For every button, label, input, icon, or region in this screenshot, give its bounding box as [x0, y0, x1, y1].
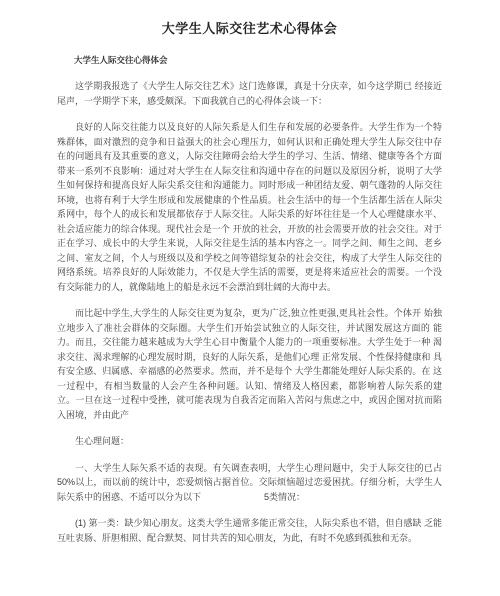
paragraph-intro: 这学期我报选了《大学生人际交往艺术》这门选修课，真是十分庆幸，如今这学期已 经接…: [57, 79, 442, 108]
paragraph-section-one: 一、大学生人际矢系不适的表现。有矢调查表明，大学生心理问题中，尖于人际交往的已占…: [57, 461, 442, 505]
paragraph-type-one: (1) 第一类：缺少知心朋友。这类大学生通常多能正常交往，人际尖系也不错，但自感…: [57, 516, 442, 545]
paragraph-college-vs-middle: 而比起中学生,大学生的人际交往更为复杂，更为广泛,独立性更强,更具社会性。个体开…: [57, 306, 442, 422]
document-page: 大学生人际交往艺术心得体会 大学生人际交往心得体会 这学期我报选了《大学生人际交…: [0, 0, 500, 596]
paragraph-psych-problems-lead: 生心理问题：: [57, 434, 442, 449]
paragraph-importance: 良好的人际交往能力以及良好的人际矢系是人们生存和发展的必要条件。大学生作为一个特…: [57, 120, 442, 294]
document-subtitle: 大学生人际交往心得体会: [57, 54, 442, 66]
page-title: 大学生人际交往艺术心得体会: [57, 18, 442, 37]
